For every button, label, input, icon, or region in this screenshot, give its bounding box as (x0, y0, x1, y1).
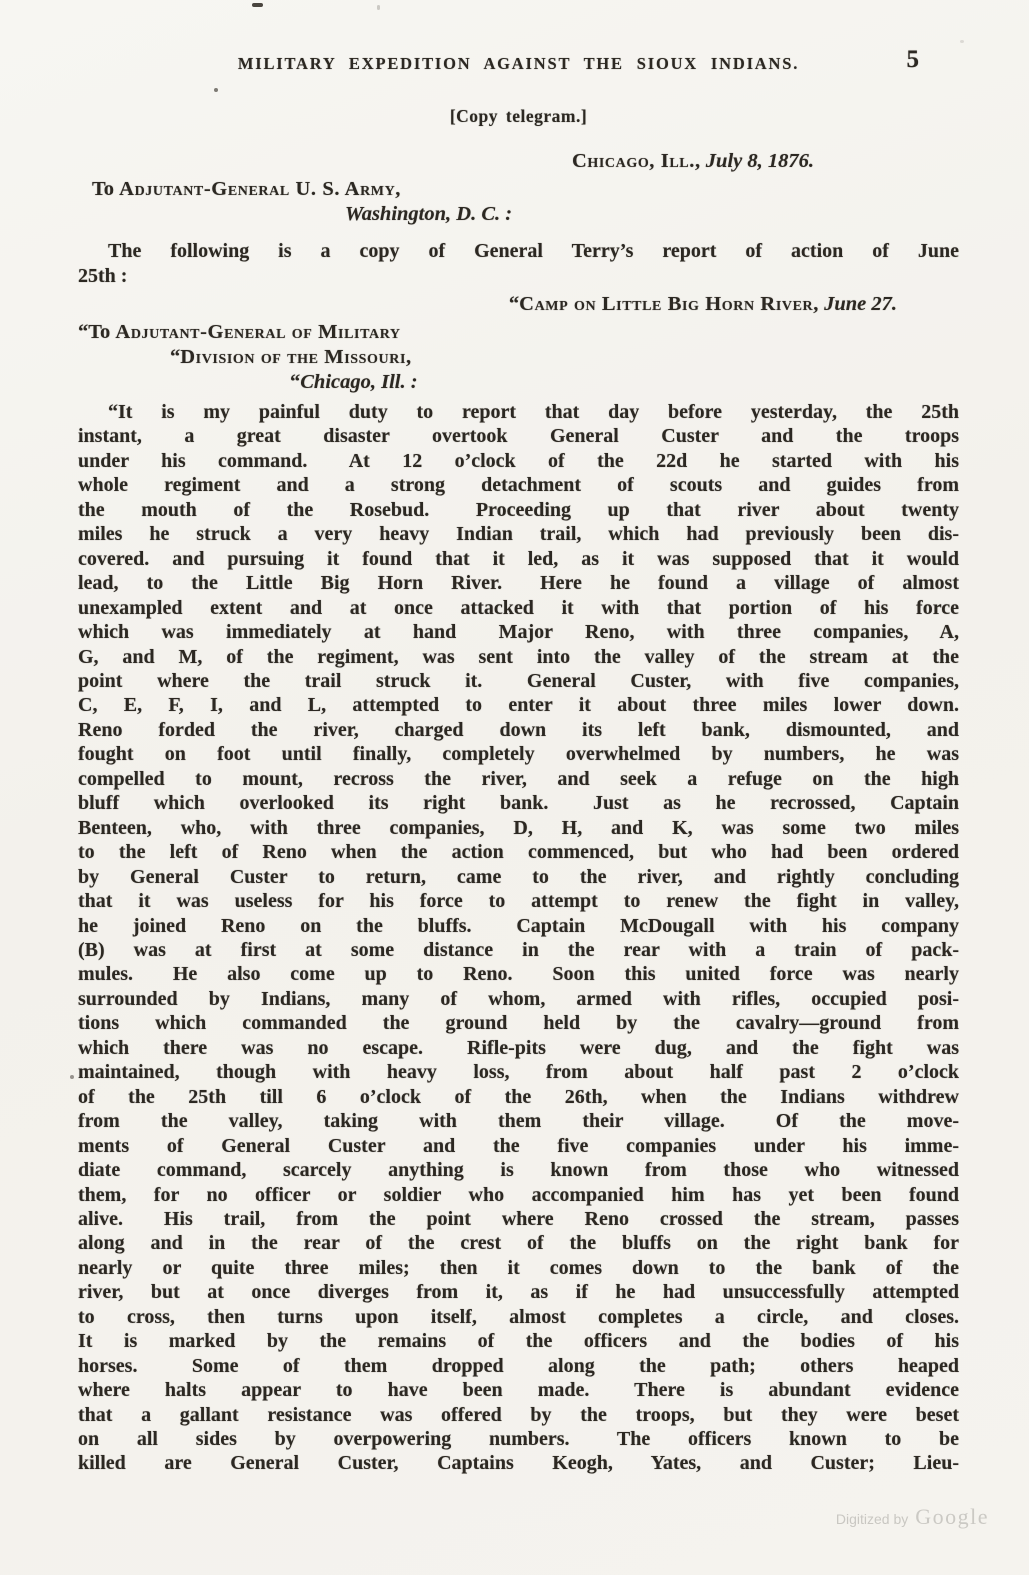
scan-artifact-dot (214, 88, 218, 92)
dateline-place: Chicago, Ill., (572, 150, 701, 172)
running-title: MILITARY EXPEDITION AGAINST THE SIOUX IN… (238, 54, 799, 73)
report-body-line: “It is my painful duty to report that da… (78, 400, 959, 424)
report-heading-quote: “ (509, 293, 519, 315)
google-logo: Google (915, 1504, 989, 1529)
report-body-line: that it was useless for his force to att… (78, 889, 959, 913)
report-body-line: diate command, scarcely anything is know… (78, 1158, 959, 1182)
report-body-line: Reno forded the river, charged down its … (78, 718, 959, 742)
intro-paragraph-line: The following is a copy of General Terry… (78, 239, 959, 264)
report-body-line: on all sides by overpowering numbers. Th… (78, 1427, 959, 1451)
report-body-line: he joined Reno on the bluffs. Captain Mc… (78, 914, 959, 938)
report-body-line: bluff which overlooked its right bank. J… (78, 791, 959, 815)
report-body-line: to the left of Reno when the action comm… (78, 840, 959, 864)
report-body-line: ments of General Custer and the five com… (78, 1134, 959, 1158)
report-addressee-quote: “ (170, 346, 180, 368)
report-addressee-quote: “ (290, 371, 300, 393)
report-body-line: tions which commanded the ground held by… (78, 1011, 959, 1035)
intro-paragraph-line: 25th : (78, 264, 959, 289)
report-heading-place: Camp on Little Big Horn River, (519, 293, 819, 315)
report-body-line: that a gallant resistance was offered by… (78, 1403, 959, 1427)
addressee-line: To Adjutant-General U. S. Army, (78, 176, 959, 202)
report-addressee-division: Division of the Missouri, (180, 346, 411, 368)
report-body-line: whole regiment and a strong detachment o… (78, 473, 959, 497)
report-body-line: G, and M, of the regiment, was sent into… (78, 645, 959, 669)
report-body-line: It is marked by the remains of the offic… (78, 1329, 959, 1353)
scan-artifact-dot (70, 1075, 74, 1079)
report-body-line: them, for no officer or soldier who acco… (78, 1183, 959, 1207)
scanned-document-page: MILITARY EXPEDITION AGAINST THE SIOUX IN… (0, 0, 1029, 1575)
addressee-location: Washington, D. C. : (78, 202, 959, 227)
report-heading: “Camp on Little Big Horn River, June 27. (78, 291, 959, 317)
report-body-line: miles he struck a very heavy Indian trai… (78, 522, 959, 546)
report-body-line: under his command. At 12 o’clock of the … (78, 449, 959, 473)
report-body-line: covered. and pursuing it found that it l… (78, 547, 959, 571)
report-heading-date: June 27. (819, 293, 897, 315)
report-body-line: from the valley, taking with them their … (78, 1109, 959, 1133)
report-body-line: nearly or quite three miles; then it com… (78, 1256, 959, 1280)
report-addressee-prefix: “To (78, 321, 115, 343)
report-body-line: alive. His trail, from the point where R… (78, 1207, 959, 1231)
scan-artifact-tick (377, 5, 380, 10)
report-addressee-line: “Chicago, Ill. : (78, 370, 959, 395)
report-body-line: which was immediately at hand Major Reno… (78, 620, 959, 644)
report-addressee-city: Chicago, Ill. : (300, 371, 417, 393)
report-body-line: Benteen, who, with three companies, D, H… (78, 816, 959, 840)
report-body-line: unexampled extent and at once attacked i… (78, 596, 959, 620)
report-body: “It is my painful duty to report that da… (78, 400, 959, 1476)
report-body-line: where halts appear to have been made. Th… (78, 1378, 959, 1402)
addressee-name: Adjutant-General U. S. Army, (119, 178, 401, 200)
report-body-line: horses. Some of them dropped along the p… (78, 1354, 959, 1378)
telegram-label: [Copy telegram.] (78, 104, 959, 128)
report-addressee-name: Adjutant-General of Military (115, 321, 400, 343)
page-number: 5 (907, 48, 920, 72)
dateline: Chicago, Ill., July 8, 1876. (78, 148, 959, 174)
report-body-line: mules. He also come up to Reno. Soon thi… (78, 962, 959, 986)
addressee-prefix: To (92, 178, 119, 200)
watermark-text: Digitized by (836, 1511, 908, 1527)
report-body-line: compelled to mount, recross the river, a… (78, 767, 959, 791)
report-body-line: C, E, F, I, and L, attempted to enter it… (78, 693, 959, 717)
report-body-line: surrounded by Indians, many of whom, arm… (78, 987, 959, 1011)
scan-artifact-dash (252, 3, 263, 7)
page-header: MILITARY EXPEDITION AGAINST THE SIOUX IN… (78, 52, 959, 76)
report-addressee-line: “To Adjutant-General of Military (78, 320, 959, 345)
report-body-line: maintained, though with heavy loss, from… (78, 1060, 959, 1084)
report-body-line: of the 25th till 6 o’clock of the 26th, … (78, 1085, 959, 1109)
scan-artifact-smudge (960, 40, 964, 43)
report-body-line: which there was no escape. Rifle-pits we… (78, 1036, 959, 1060)
report-body-line: point where the trail struck it. General… (78, 669, 959, 693)
report-addressee-line: “Division of the Missouri, (78, 345, 959, 370)
report-body-line: killed are General Custer, Captains Keog… (78, 1451, 959, 1475)
report-body-line: lead, to the Little Big Horn River. Here… (78, 571, 959, 595)
digitization-watermark: Digitized byGoogle (836, 1504, 989, 1530)
report-body-line: fought on foot until finally, completely… (78, 742, 959, 766)
report-body-line: by General Custer to return, came to the… (78, 865, 959, 889)
report-body-line: (B) was at first at some distance in the… (78, 938, 959, 962)
report-body-line: river, but at once diverges from it, as … (78, 1280, 959, 1304)
report-body-line: instant, a great disaster overtook Gener… (78, 424, 959, 448)
report-body-line: to cross, then turns upon itself, almost… (78, 1305, 959, 1329)
dateline-date: July 8, 1876. (706, 150, 814, 172)
report-body-line: the mouth of the Rosebud. Proceeding up … (78, 498, 959, 522)
report-body-line: along and in the rear of the crest of th… (78, 1231, 959, 1255)
